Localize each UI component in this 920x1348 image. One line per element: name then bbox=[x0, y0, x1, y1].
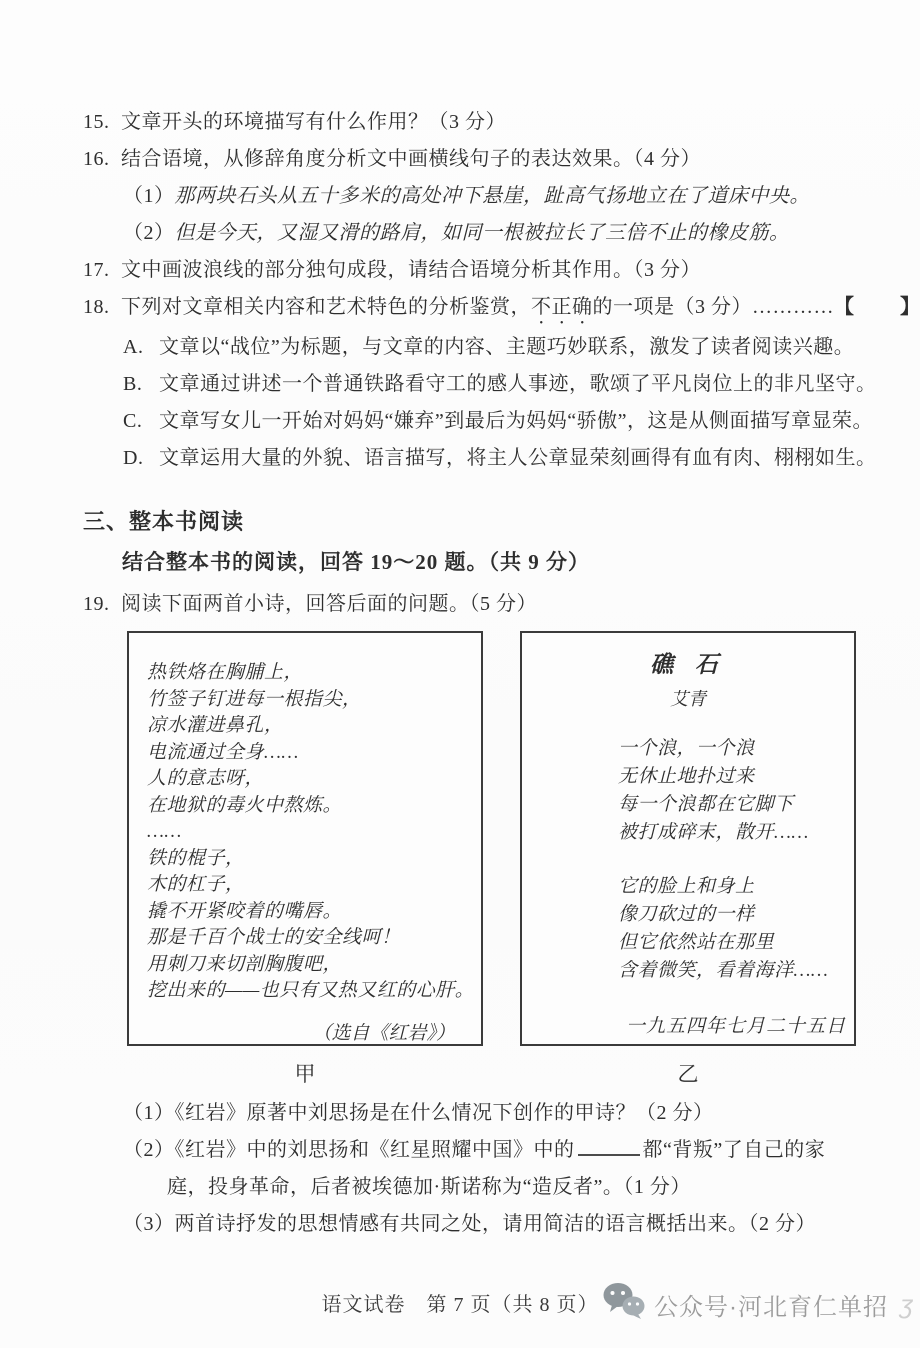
question-16: 16.结合语境，从修辞角度分析文中画横线句子的表达效果。（4 分） bbox=[83, 141, 870, 178]
question-17: 17.文中画波浪线的部分独句成段，请结合语境分析其作用。（3 分） bbox=[83, 252, 870, 289]
q19-sub3-text: 两首诗抒发的思想情感有共同之处，请用简洁的语言概括出来。（2 分） bbox=[175, 1213, 817, 1235]
poem-b-line: 一个浪，一个浪 bbox=[618, 735, 854, 763]
option-b-label: B. bbox=[123, 366, 159, 403]
option-d-label: D. bbox=[123, 440, 159, 477]
question-17-text: 文中画波浪线的部分独句成段，请结合语境分析其作用。（3 分） bbox=[121, 259, 701, 281]
poem-b-line: 含着微笑，看着海洋…… bbox=[618, 957, 854, 985]
poem-b-title: 礁 石 bbox=[522, 649, 854, 681]
section-3-heading: 三、整本书阅读 bbox=[83, 502, 870, 542]
poem-box-yi: 礁 石 艾青 一个浪，一个浪 无休止地扑过来 每一个浪都在它脚下 被打成碎末，散… bbox=[520, 631, 856, 1046]
poem-b-stanza-2: 它的脸上和身上 像刀砍过的一样 但它依然站在那里 含着微笑，看着海洋…… bbox=[522, 873, 854, 985]
option-c-text: 文章写女儿一开始对妈妈“嫌弃”到最后为妈妈“骄傲”，这是从侧面描写章显荣。 bbox=[159, 410, 873, 432]
watermark-text: 公众号·河北育仁单招 bbox=[654, 1287, 888, 1322]
poem-boxes: 热铁烙在胸脯上， 竹签子钉进每一根指尖， 凉水灌进鼻孔， 电流通过全身…… 人的… bbox=[127, 631, 870, 1046]
question-18-option-d: D.文章运用大量的外貌、语言描写，将主人公章显荣刻画得有血有肉、栩栩如生。 bbox=[83, 440, 870, 477]
poem-a-line: 电流通过全身…… bbox=[147, 740, 471, 767]
q19-sub3-label: （3） bbox=[123, 1213, 175, 1235]
answer-blank bbox=[578, 1136, 640, 1156]
option-b-text: 文章通过讲述一个普通铁路看守工的感人事迹，歌颂了平凡岗位上的非凡坚守。 bbox=[159, 373, 877, 395]
q16-sub1-label: （1） bbox=[123, 185, 175, 207]
option-a-text: 文章以“战位”为标题，与文章的内容、主题巧妙联系，激发了读者阅读兴趣。 bbox=[159, 336, 854, 358]
poem-a-label: 甲 bbox=[127, 1055, 483, 1093]
q16-sub1-text: 那两块石头从五十多米的高处冲下悬崖，趾高气扬地立在了道床中央。 bbox=[175, 185, 811, 207]
q19-sub2-label: （2） bbox=[123, 1139, 175, 1161]
question-16-text: 结合语境，从修辞角度分析文中画横线句子的表达效果。（4 分） bbox=[121, 148, 701, 170]
exam-content: 15.文章开头的环境描写有什么作用？（3 分） 16.结合语境，从修辞角度分析文… bbox=[83, 104, 870, 1243]
poem-a-line: 木的杠子， bbox=[147, 872, 471, 899]
question-18-text-post: 的一项是（3 分） bbox=[593, 296, 753, 318]
poem-b-stanza-1: 一个浪，一个浪 无休止地扑过来 每一个浪都在它脚下 被打成碎末，散开…… bbox=[522, 735, 854, 847]
question-15-number: 15. bbox=[83, 104, 121, 141]
question-18-option-c: C.文章写女儿一开始对妈妈“嫌弃”到最后为妈妈“骄傲”，这是从侧面描写章显荣。 bbox=[83, 403, 870, 440]
question-19-text: 阅读下面两首小诗，回答后面的问题。（5 分） bbox=[121, 593, 537, 615]
poem-a-line: 热铁烙在胸脯上， bbox=[147, 660, 471, 687]
poem-b-author: 艾青 bbox=[522, 685, 854, 713]
option-c-label: C. bbox=[123, 403, 159, 440]
q19-sub2-text-pre: 《红岩》中的刘思扬和《红星照耀中国》中的 bbox=[175, 1139, 575, 1161]
option-d-text: 文章运用大量的外貌、语言描写，将主人公章显荣刻画得有血有肉、栩栩如生。 bbox=[159, 447, 877, 469]
question-17-number: 17. bbox=[83, 252, 121, 289]
poem-a-line: 用刺刀来切剖胸腹吧， bbox=[147, 952, 471, 979]
question-19: 19.阅读下面两首小诗，回答后面的问题。（5 分） bbox=[83, 586, 870, 623]
watermark: 公众号·河北育仁单招 ʒ bbox=[602, 1282, 914, 1327]
q19-sub2-text-post: 都“背叛”了自己的家 bbox=[643, 1139, 826, 1161]
question-16-sub-1: （1）那两块石头从五十多米的高处冲下悬崖，趾高气扬地立在了道床中央。 bbox=[83, 178, 870, 215]
poem-a-source: （选自《红岩》） bbox=[147, 1018, 471, 1045]
question-15-text: 文章开头的环境描写有什么作用？（3 分） bbox=[121, 111, 506, 133]
q16-sub2-label: （2） bbox=[123, 222, 175, 244]
poem-a-line: 那是千百个战士的安全线呵！ bbox=[147, 925, 471, 952]
option-a-label: A. bbox=[123, 329, 159, 366]
exam-page: 15.文章开头的环境描写有什么作用？（3 分） 16.结合语境，从修辞角度分析文… bbox=[0, 0, 920, 1348]
question-19-sub-2: （2）《红岩》中的刘思扬和《红星照耀中国》中的都“背叛”了自己的家 bbox=[83, 1132, 870, 1169]
question-18-leader-dots: ………… bbox=[752, 296, 834, 318]
question-18-option-b: B.文章通过讲述一个普通铁路看守工的感人事迹，歌颂了平凡岗位上的非凡坚守。 bbox=[83, 366, 870, 403]
q16-sub2-text: 但是今天，又湿又滑的路肩，如同一根被拉长了三倍不止的橡皮筋。 bbox=[175, 222, 790, 244]
q19-sub1-text: 《红岩》原著中刘思扬是在什么情况下创作的甲诗？（2 分） bbox=[175, 1102, 714, 1124]
question-19-sub-2-line-2: 庭，投身革命，后者被埃德加·斯诺称为“造反者”。（1 分） bbox=[83, 1169, 870, 1206]
section-3-intro: 结合整本书的阅读，回答 19～20 题。（共 9 分） bbox=[83, 542, 870, 582]
poem-b-line: 被打成碎末，散开…… bbox=[618, 819, 854, 847]
question-18: 18.下列对文章相关内容和艺术特色的分析鉴赏，不正确的一项是（3 分）…………【… bbox=[83, 289, 870, 329]
poem-a-line: 挖出来的——也只有又热又红的心肝。 bbox=[147, 978, 471, 1005]
poem-b-date: 一九五四年七月二十五日 bbox=[522, 1011, 854, 1038]
question-18-emphasis: 不正确 bbox=[531, 296, 593, 318]
question-15: 15.文章开头的环境描写有什么作用？（3 分） bbox=[83, 104, 870, 141]
wechat-icon bbox=[602, 1282, 646, 1327]
poem-b-line: 但它依然站在那里 bbox=[618, 929, 854, 957]
poem-box-jia: 热铁烙在胸脯上， 竹签子钉进每一根指尖， 凉水灌进鼻孔， 电流通过全身…… 人的… bbox=[127, 631, 483, 1046]
poem-b-line: 无休止地扑过来 bbox=[618, 763, 854, 791]
poem-labels: 甲 乙 bbox=[127, 1055, 870, 1093]
poem-a-line: 凉水灌进鼻孔， bbox=[147, 713, 471, 740]
question-18-number: 18. bbox=[83, 289, 121, 326]
answer-brackets: 【 】 bbox=[834, 296, 920, 318]
question-19-sub-1: （1）《红岩》原著中刘思扬是在什么情况下创作的甲诗？（2 分） bbox=[83, 1095, 870, 1132]
question-16-number: 16. bbox=[83, 141, 121, 178]
poem-a-line: 竹签子钉进每一根指尖， bbox=[147, 687, 471, 714]
poem-b-line: 它的脸上和身上 bbox=[618, 873, 854, 901]
q19-sub1-label: （1） bbox=[123, 1102, 175, 1124]
question-19-sub-3: （3）两首诗抒发的思想情感有共同之处，请用简洁的语言概括出来。（2 分） bbox=[83, 1206, 870, 1243]
question-19-number: 19. bbox=[83, 586, 121, 623]
poem-a-line: …… bbox=[147, 819, 471, 846]
poem-b-line: 每一个浪都在它脚下 bbox=[618, 791, 854, 819]
poem-a-line: 人的意志呀， bbox=[147, 766, 471, 793]
question-18-text-pre: 下列对文章相关内容和艺术特色的分析鉴赏， bbox=[121, 296, 531, 318]
poem-b-label: 乙 bbox=[520, 1055, 856, 1093]
question-18-option-a: A.文章以“战位”为标题，与文章的内容、主题巧妙联系，激发了读者阅读兴趣。 bbox=[83, 329, 870, 366]
poem-a-line: 撬不开紧咬着的嘴唇。 bbox=[147, 899, 471, 926]
watermark-tail-mark: ʒ bbox=[900, 1289, 914, 1320]
poem-b-line: 像刀砍过的一样 bbox=[618, 901, 854, 929]
poem-a-line: 在地狱的毒火中熬炼。 bbox=[147, 793, 471, 820]
poem-a-line: 铁的棍子， bbox=[147, 846, 471, 873]
question-16-sub-2: （2）但是今天，又湿又滑的路肩，如同一根被拉长了三倍不止的橡皮筋。 bbox=[83, 215, 870, 252]
